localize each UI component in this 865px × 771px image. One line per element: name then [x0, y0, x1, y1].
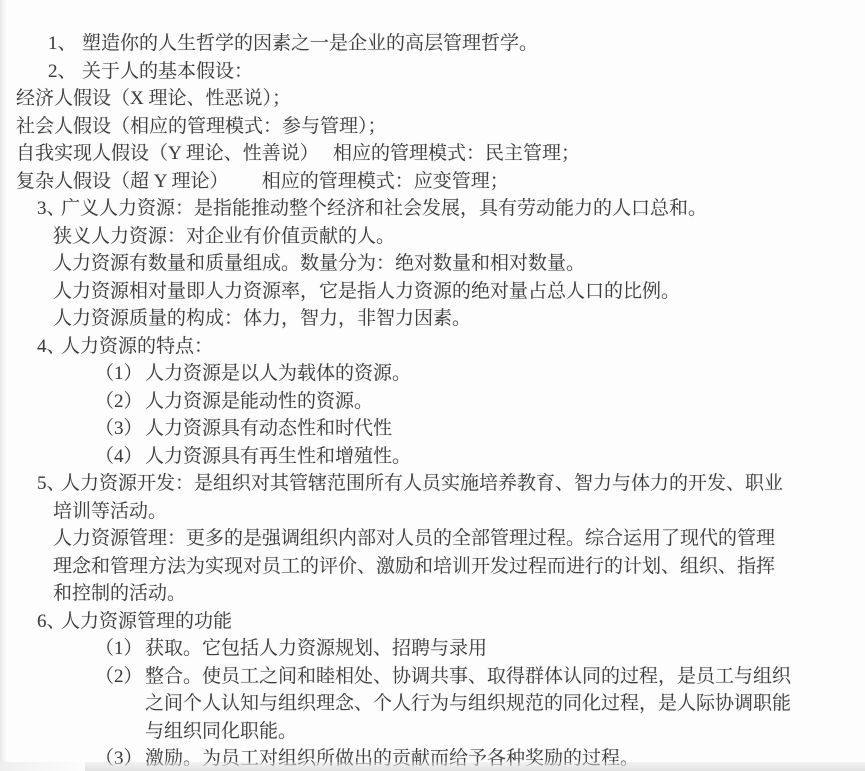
text-line: （2）人力资源是能动性的资源。	[0, 388, 865, 416]
line-text: 人力资源有数量和质量组成。数量分为：绝对数量和相对数量。	[53, 253, 585, 274]
sub-item-marker: （3）	[95, 745, 145, 771]
text-line: 6、人力资源管理的功能	[0, 608, 865, 636]
text-line: 人力资源质量的构成：体力，智力，非智力因素。	[0, 305, 865, 333]
text-line: 社会人假设（相应的管理模式：参与管理）；	[0, 113, 865, 141]
line-text: 人力资源开发：是组织对其管辖范围所有人员实施培养教育、智力与体力的开发、职业	[61, 473, 783, 494]
list-number: 5、	[37, 470, 61, 498]
line-text: 人力资源相对量即人力资源率，它是指人力资源的绝对量占总人口的比例。	[53, 281, 680, 302]
sub-item-marker: （1）	[95, 635, 145, 663]
text-line: 人力资源管理：更多的是强调组织内部对人员的全部管理过程。综合运用了现代的管理	[0, 525, 865, 553]
text-line: （2）整合。使员工之间和睦相处、协调共事、取得群体认同的过程，是员工与组织	[0, 663, 865, 691]
text-line: 与组织同化职能。	[0, 718, 865, 746]
line-text: 理念和管理方法为实现对员工的评价、激励和培训开发过程而进行的计划、组织、指挥	[53, 556, 775, 577]
line-text: 广义人力资源：是指能推动整个经济和社会发展，具有劳动能力的人口总和。	[61, 198, 707, 219]
text-line: （3）人力资源具有动态性和时代性	[0, 415, 865, 443]
list-number: 4、	[37, 333, 61, 361]
text-line: 自我实现人假设（Y 理论、性善说） 相应的管理模式：民主管理；	[0, 140, 865, 168]
sub-item-marker: （2）	[95, 388, 145, 416]
line-text: 狭义人力资源：对企业有价值贡献的人。	[53, 226, 395, 247]
line-text: 人力资源是能动性的资源。	[145, 391, 373, 412]
line-text: 人力资源具有再生性和增殖性。	[145, 446, 411, 467]
line-text: 人力资源质量的构成：体力，智力，非智力因素。	[53, 308, 471, 329]
text-line: 狭义人力资源：对企业有价值贡献的人。	[0, 223, 865, 251]
text-line: 理念和管理方法为实现对员工的评价、激励和培训开发过程而进行的计划、组织、指挥	[0, 553, 865, 581]
text-line: 复杂人假设（超 Y 理论） 相应的管理模式：应变管理；	[0, 168, 865, 196]
sub-item-marker: （2）	[95, 663, 145, 691]
list-number: 1、	[48, 30, 82, 58]
line-text: 经济人假设（X 理论、性恶说）；	[16, 88, 291, 109]
text-line: 2、关于人的基本假设：	[0, 58, 865, 86]
sub-item-marker: （3）	[95, 415, 145, 443]
line-text: 塑造你的人生哲学的因素之一是企业的高层管理哲学。	[82, 33, 538, 54]
line-text: 激励。为员工对组织所做出的贡献而给予各种奖励的过程。	[145, 748, 639, 769]
list-number: 3、	[37, 195, 61, 223]
line-text: 关于人的基本假设：	[82, 61, 253, 82]
text-line: 和控制的活动。	[0, 580, 865, 608]
text-line: 之间个人认知与组织理念、个人行为与组织规范的同化过程，是人际协调职能	[0, 690, 865, 718]
list-number: 6、	[37, 608, 61, 636]
text-line: 人力资源有数量和质量组成。数量分为：绝对数量和相对数量。	[0, 250, 865, 278]
line-text: 获取。它包括人力资源规划、招聘与录用	[145, 638, 487, 659]
text-line: 5、人力资源开发：是组织对其管辖范围所有人员实施培养教育、智力与体力的开发、职业	[0, 470, 865, 498]
text-line: 3、广义人力资源：是指能推动整个经济和社会发展，具有劳动能力的人口总和。	[0, 195, 865, 223]
text-line: （4）人力资源具有再生性和增殖性。	[0, 443, 865, 471]
line-text: 人力资源管理：更多的是强调组织内部对人员的全部管理过程。综合运用了现代的管理	[53, 528, 775, 549]
line-text: 之间个人认知与组织理念、个人行为与组织规范的同化过程，是人际协调职能	[145, 693, 791, 714]
text-line: 培训等活动。	[0, 498, 865, 526]
line-text: 人力资源管理的功能	[61, 611, 232, 632]
text-line: （1）获取。它包括人力资源规划、招聘与录用	[0, 635, 865, 663]
line-text: 整合。使员工之间和睦相处、协调共事、取得群体认同的过程，是员工与组织	[145, 666, 791, 687]
text-line: 经济人假设（X 理论、性恶说）；	[0, 85, 865, 113]
document-body: 1、塑造你的人生哲学的因素之一是企业的高层管理哲学。2、关于人的基本假设：经济人…	[0, 30, 865, 771]
text-line: 人力资源相对量即人力资源率，它是指人力资源的绝对量占总人口的比例。	[0, 278, 865, 306]
line-text: 自我实现人假设（Y 理论、性善说） 相应的管理模式：民主管理；	[16, 143, 580, 164]
text-line: （3）激励。为员工对组织所做出的贡献而给予各种奖励的过程。	[0, 745, 865, 771]
line-text: 和控制的活动。	[53, 583, 186, 604]
text-line: 1、塑造你的人生哲学的因素之一是企业的高层管理哲学。	[0, 30, 865, 58]
line-text: 人力资源是以人为载体的资源。	[145, 363, 411, 384]
line-text: 人力资源具有动态性和时代性	[145, 418, 392, 439]
text-line: 4、人力资源的特点：	[0, 333, 865, 361]
list-number: 2、	[48, 58, 82, 86]
line-text: 人力资源的特点：	[61, 336, 213, 357]
document-page: 1、塑造你的人生哲学的因素之一是企业的高层管理哲学。2、关于人的基本假设：经济人…	[0, 0, 865, 771]
sub-item-marker: （4）	[95, 443, 145, 471]
text-line: （1）人力资源是以人为载体的资源。	[0, 360, 865, 388]
line-text: 培训等活动。	[53, 501, 167, 522]
line-text: 与组织同化职能。	[145, 721, 297, 742]
sub-item-marker: （1）	[95, 360, 145, 388]
line-text: 复杂人假设（超 Y 理论） 相应的管理模式：应变管理；	[16, 171, 509, 192]
line-text: 社会人假设（相应的管理模式：参与管理）；	[16, 116, 387, 137]
